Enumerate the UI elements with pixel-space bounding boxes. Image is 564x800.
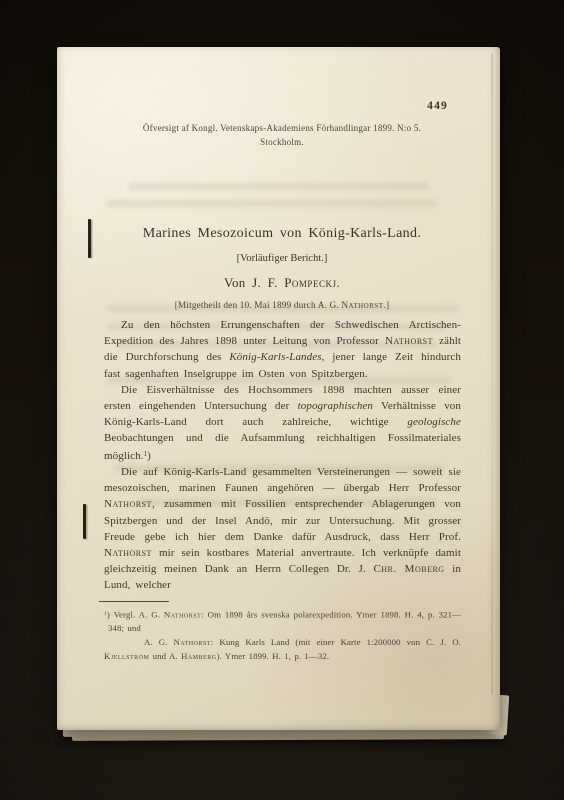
article-subtitle: [Vorläufiger Bericht.] bbox=[102, 253, 462, 264]
body-paragraph-2: Die Eisverhältnisse des Hochsommers 1898… bbox=[104, 382, 461, 464]
journal-header-line2: Stockholm. bbox=[102, 136, 462, 150]
footnote-entry-1: 1) Vergl. A. G. Nathorst: Om 1898 års sv… bbox=[104, 607, 461, 635]
staple-top bbox=[88, 219, 91, 258]
body-paragraph-3: Die auf König-Karls-Land gesammelten Ver… bbox=[104, 464, 461, 594]
photo-background: 449 Öfversigt af Kongl. Vetenskaps-Akade… bbox=[0, 0, 564, 800]
article-byline: Von J. F. Pompeckj. bbox=[102, 275, 462, 291]
body-paragraph-1: Zu den höchsten Errungenschaften der Sch… bbox=[104, 317, 461, 382]
staple-bottom bbox=[83, 504, 86, 539]
footnotes: 1) Vergl. A. G. Nathorst: Om 1898 års sv… bbox=[104, 607, 461, 663]
article-title: Marines Mesozoicum von König-Karls-Land. bbox=[102, 226, 462, 242]
journal-header: Öfversigt af Kongl. Vetenskaps-Akademien… bbox=[102, 122, 462, 149]
communicated-note: [Mitgetheilt den 10. Mai 1899 durch A. G… bbox=[102, 301, 462, 311]
footnote-separator bbox=[99, 601, 169, 602]
paper-page: 449 Öfversigt af Kongl. Vetenskaps-Akade… bbox=[57, 47, 500, 730]
page-number: 449 bbox=[427, 100, 448, 112]
journal-header-line1: Öfversigt af Kongl. Vetenskaps-Akademien… bbox=[102, 122, 462, 136]
footnote-entry-2: A. G. Nathorst: Kung Karls Land (mit ein… bbox=[104, 635, 461, 663]
article-body: Zu den höchsten Errungenschaften der Sch… bbox=[104, 317, 461, 663]
page-stack-edge bbox=[72, 730, 496, 741]
